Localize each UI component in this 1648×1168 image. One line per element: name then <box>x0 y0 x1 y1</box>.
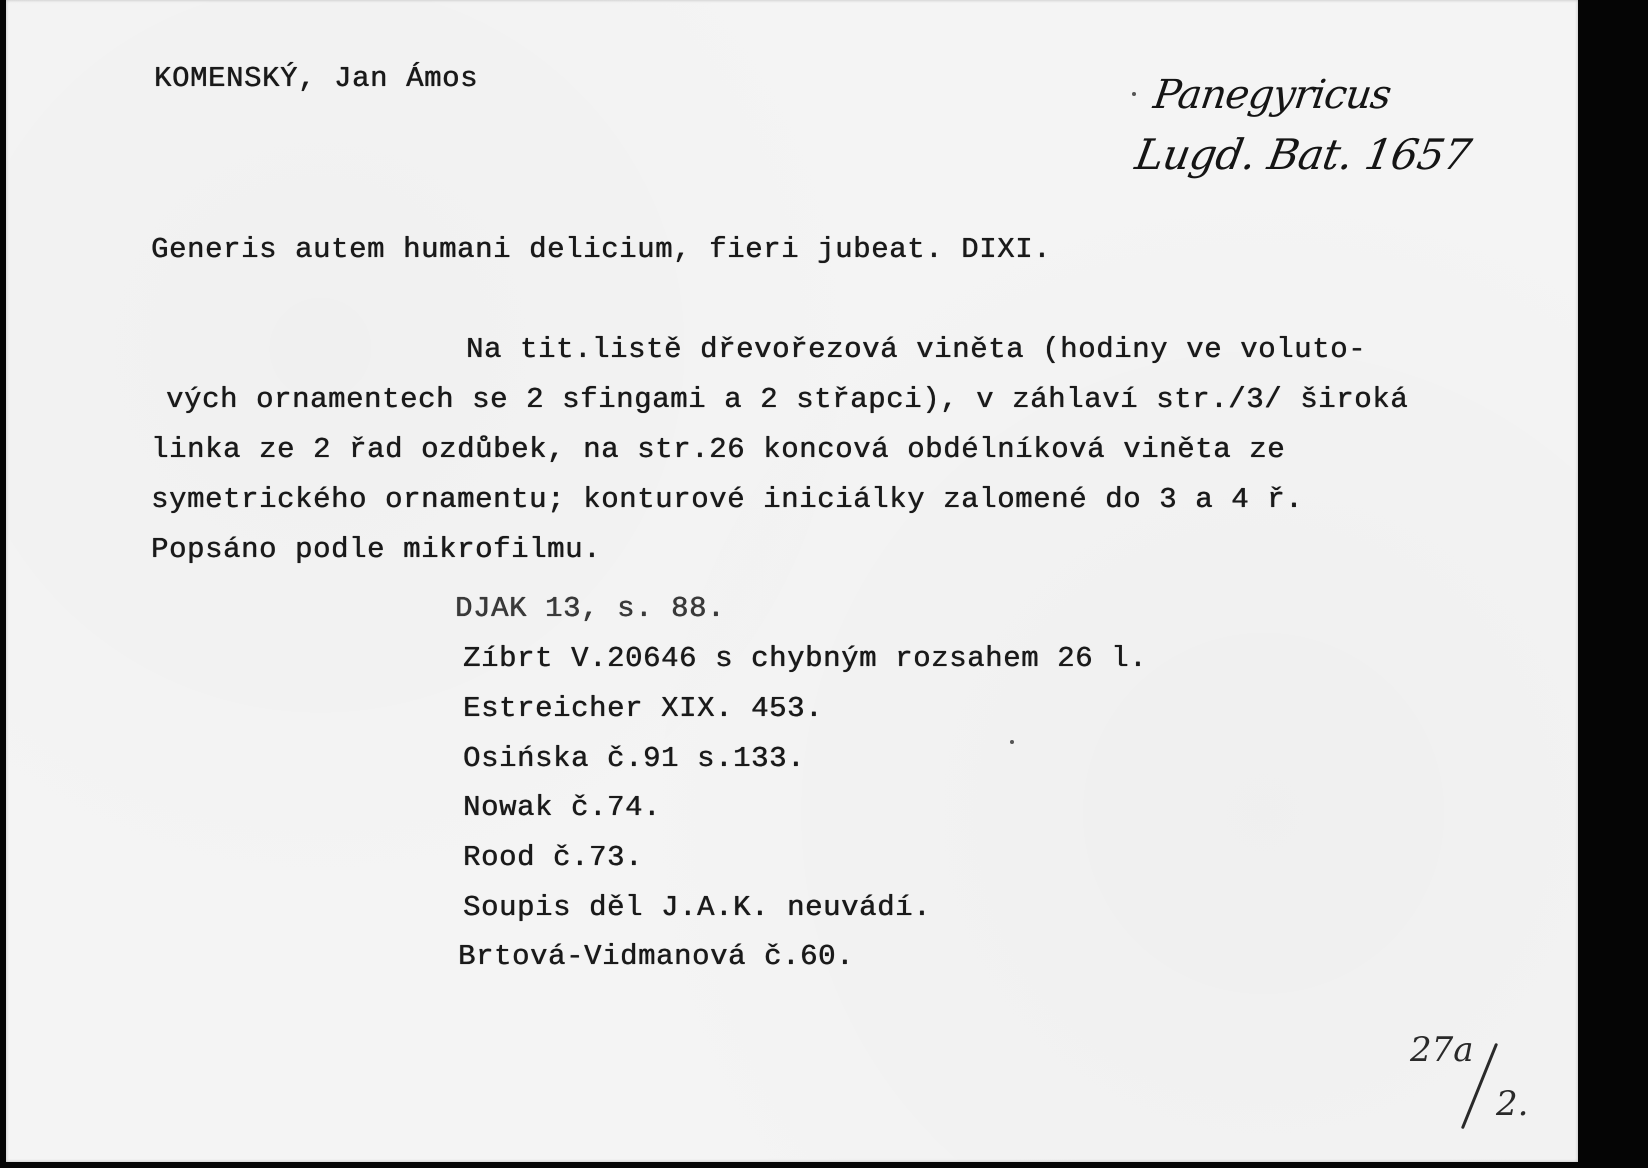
incipit-line: Generis autem humani delicium, fieri jub… <box>151 233 1051 266</box>
reference-item: Rood č.73. <box>463 841 643 874</box>
handwritten-title: Panegyricus <box>1151 72 1394 118</box>
ink-speck <box>1132 92 1136 96</box>
reference-item: Soupis děl J.A.K. neuvádí. <box>463 891 931 924</box>
reference-item: Brtová-Vidmanová č.60. <box>458 940 854 973</box>
reference-item: Estreicher XIX. 453. <box>463 692 823 725</box>
shelf-mark-bottom: 2. <box>1496 1084 1528 1124</box>
author-heading: KOMENSKÝ, Jan Ámos <box>154 62 478 95</box>
reference-item: DJAK 13, s. 88. <box>455 592 725 625</box>
handwritten-imprint: Lugd. Bat. 1657 <box>1132 130 1475 179</box>
catalog-card: KOMENSKÝ, Jan Ámos Panegyricus Lugd. Bat… <box>6 0 1578 1162</box>
ink-speck <box>1010 740 1014 744</box>
description-line: linka ze 2 řad ozdůbek, na str.26 koncov… <box>151 433 1285 466</box>
shelf-mark-top: 27a <box>1410 1030 1474 1070</box>
description-line: vých ornamentech se 2 sfingami a 2 střap… <box>166 383 1408 416</box>
reference-item: Nowak č.74. <box>463 791 661 824</box>
description-line: Na tit.listě dřevořezová viněta (hodiny … <box>466 333 1366 366</box>
reference-item: Zíbrt V.20646 s chybným rozsahem 26 l. <box>463 642 1147 675</box>
description-line: symetrického ornamentu; konturové iniciá… <box>151 483 1303 516</box>
description-line: Popsáno podle mikrofilmu. <box>151 533 601 566</box>
reference-item: Osińska č.91 s.133. <box>463 742 805 775</box>
